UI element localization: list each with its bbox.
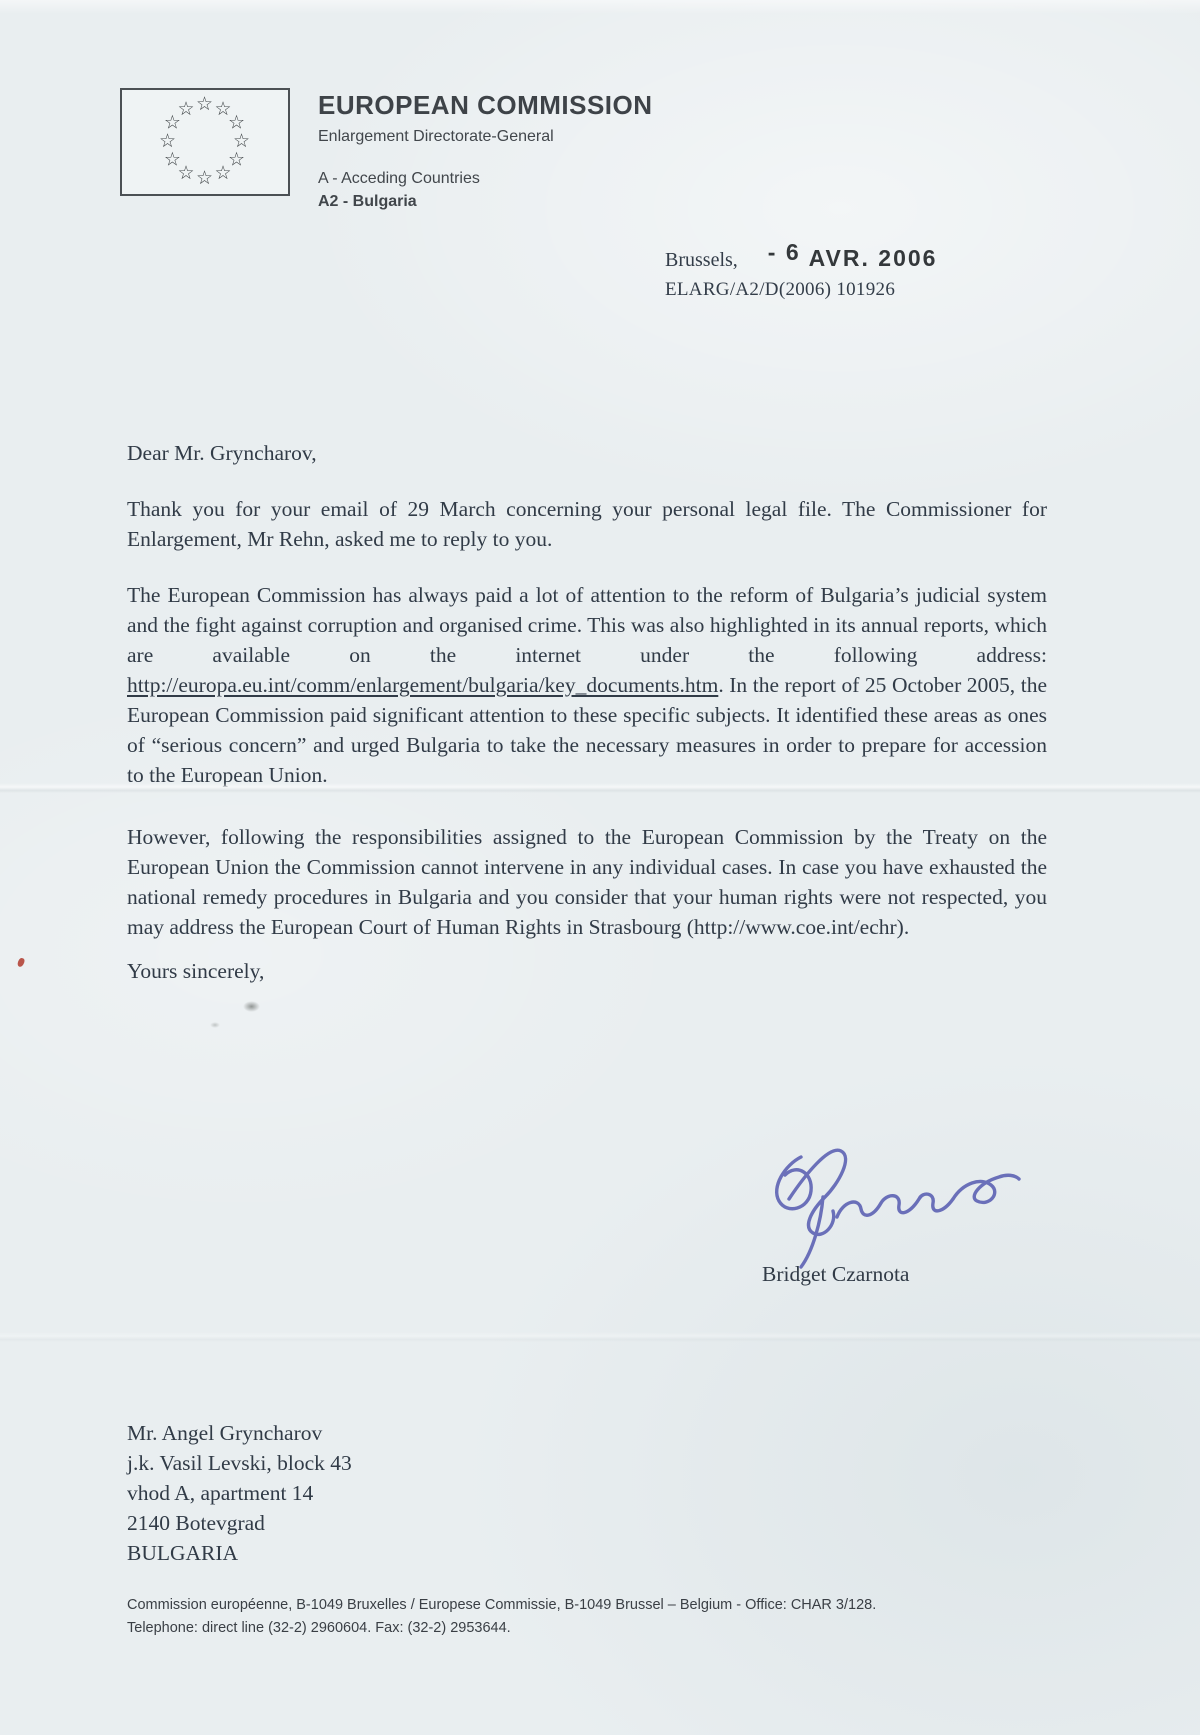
recipient-line: vhod A, apartment 14 (127, 1478, 352, 1508)
date-row: Brussels,- 6AVR. 2006 (665, 245, 937, 272)
directorate-name: Enlargement Directorate-General (318, 128, 653, 146)
place-label: Brussels, (665, 249, 738, 271)
stamp-month-year: AVR. 2006 (809, 245, 938, 271)
key-documents-url: http://europa.eu.int/comm/enlargement/bu… (127, 673, 718, 697)
closing-line: Yours sincerely, (127, 956, 1047, 986)
handwritten-signature (745, 1135, 1035, 1280)
recipient-line: 2140 Botevgrad (127, 1508, 352, 1538)
date-stamp: - 6AVR. 2006 (768, 245, 938, 272)
eu-star-icon: ☆ (214, 164, 233, 183)
eu-flag-logo: ☆ ☆ ☆ ☆ ☆ ☆ ☆ ☆ ☆ ☆ ☆ ☆ (120, 88, 290, 196)
salutation: Dear Mr. Gryncharov, (127, 438, 1047, 468)
unit-line-1: A - Acceding Countries (318, 170, 653, 188)
paragraph-3: However, following the responsibilities … (127, 822, 1047, 942)
scanned-letter-page: { "colors": { "paper": "#e9eef0", "ink":… (0, 0, 1200, 1735)
eu-star-icon: ☆ (195, 169, 214, 188)
eu-star-icon: ☆ (195, 95, 214, 114)
recipient-line: Mr. Angel Gryncharov (127, 1418, 352, 1448)
eu-star-icon: ☆ (158, 132, 177, 151)
letter-footer: Commission européenne, B-1049 Bruxelles … (127, 1594, 1057, 1640)
eu-star-icon: ☆ (177, 100, 196, 119)
paper-crease (0, 1332, 1200, 1342)
footer-address-line: Commission européenne, B-1049 Bruxelles … (127, 1594, 1057, 1617)
recipient-line: j.k. Vasil Levski, block 43 (127, 1448, 352, 1478)
letterhead: EUROPEAN COMMISSION Enlargement Director… (318, 90, 653, 211)
dateline-block: Brussels,- 6AVR. 2006 ELARG/A2/D(2006) 1… (665, 245, 937, 301)
letter-body: Dear Mr. Gryncharov, Thank you for your … (127, 438, 1047, 986)
ink-smudge (210, 1022, 220, 1028)
eu-star-icon: ☆ (163, 151, 182, 170)
signer-name: Bridget Czarnota (762, 1262, 909, 1287)
unit-line-2: A2 - Bulgaria (318, 193, 653, 211)
paragraph-2: The European Commission has always paid … (127, 580, 1047, 790)
paragraph-1: Thank you for your email of 29 March con… (127, 494, 1047, 554)
ink-smudge (243, 1001, 260, 1012)
recipient-line: BULGARIA (127, 1538, 352, 1568)
reference-number: ELARG/A2/D(2006) 101926 (665, 279, 937, 301)
signature-ink (745, 1135, 1035, 1280)
eu-flag-stars: ☆ ☆ ☆ ☆ ☆ ☆ ☆ ☆ ☆ ☆ ☆ ☆ (122, 90, 288, 194)
stamp-day: - 6 (768, 239, 801, 266)
organization-name: EUROPEAN COMMISSION (318, 90, 653, 121)
recipient-address: Mr. Angel Gryncharov j.k. Vasil Levski, … (127, 1418, 352, 1568)
paragraph-2-text-before: The European Commission has always paid … (127, 583, 1047, 667)
red-ink-speck (17, 957, 26, 968)
footer-phone-line: Telephone: direct line (32-2) 2960604. F… (127, 1617, 1057, 1640)
